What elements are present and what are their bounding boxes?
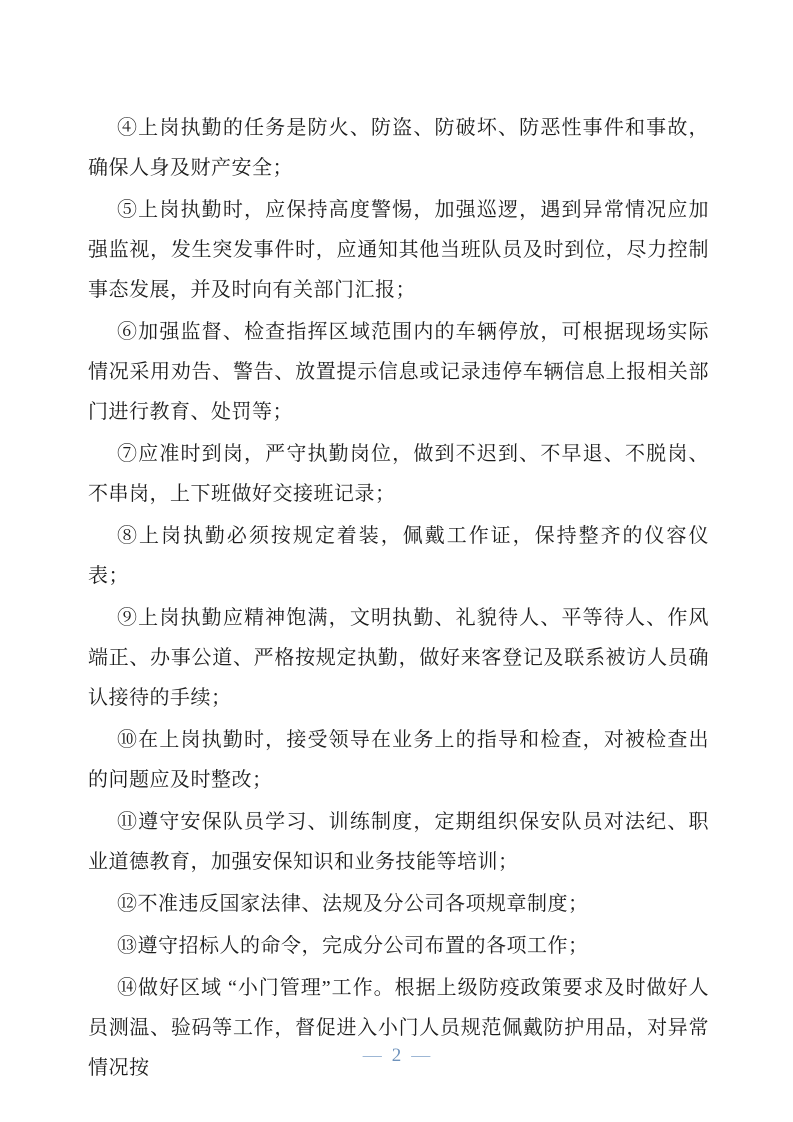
document-paragraph-6: ⑥加强监督、检查指挥区域范围内的车辆停放，可根据现场实际情况采用劝告、警告、放置…: [88, 312, 709, 432]
page-footer: —2—: [0, 1042, 793, 1070]
document-paragraph-13: ⑬遵守招标人的命令，完成分公司布置的各项工作；: [88, 926, 709, 966]
document-paragraph-10: ⑩在上岗执勤时，接受领导在业务上的指导和检查，对被检查出的问题应及时整改；: [88, 720, 709, 800]
document-paragraph-8: ⑧上岗执勤必须按规定着装，佩戴工作证，保持整齐的仪容仪表；: [88, 516, 709, 596]
page-number: 2: [392, 1042, 402, 1070]
document-body: ④上岗执勤的任务是防火、防盗、防破坏、防恶性事件和事故，确保人身及财产安全； ⑤…: [88, 108, 709, 1090]
footer-right-dash: —: [411, 1045, 430, 1066]
document-paragraph-14: ⑭做好区域 “小门管理”工作。根据上级防疫政策要求及时做好人员测温、验码等工作，…: [88, 968, 709, 1088]
document-paragraph-5: ⑤上岗执勤时，应保持高度警惕，加强巡逻，遇到异常情况应加强监视，发生突发事件时，…: [88, 190, 709, 310]
document-page: ④上岗执勤的任务是防火、防盗、防破坏、防恶性事件和事故，确保人身及财产安全； ⑤…: [0, 0, 793, 1122]
document-paragraph-9: ⑨上岗执勤应精神饱满，文明执勤、礼貌待人、平等待人、作风端正、办事公道、严格按规…: [88, 598, 709, 718]
document-paragraph-12: ⑫不准违反国家法律、法规及分公司各项规章制度；: [88, 884, 709, 924]
footer-left-dash: —: [363, 1045, 382, 1066]
document-paragraph-7: ⑦应准时到岗，严守执勤岗位，做到不迟到、不早退、不脱岗、不串岗，上下班做好交接班…: [88, 434, 709, 514]
document-paragraph-4: ④上岗执勤的任务是防火、防盗、防破坏、防恶性事件和事故，确保人身及财产安全；: [88, 108, 709, 188]
document-paragraph-11: ⑪遵守安保队员学习、训练制度，定期组织保安队员对法纪、职业道德教育，加强安保知识…: [88, 802, 709, 882]
